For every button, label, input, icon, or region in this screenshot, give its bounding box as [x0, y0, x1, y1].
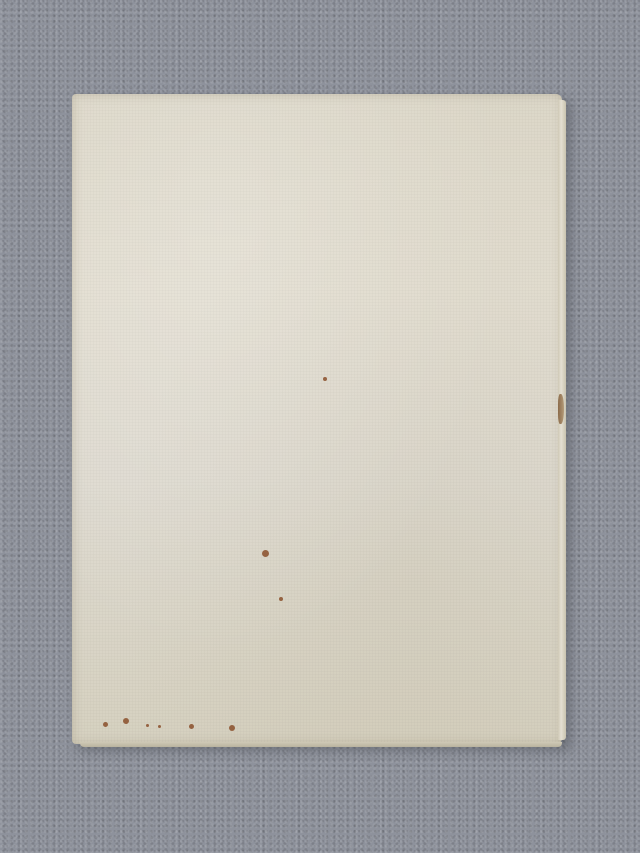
bottom-edge	[80, 742, 562, 747]
foxing-spot	[103, 722, 108, 727]
book-cover	[72, 94, 562, 744]
edge-tear	[558, 394, 564, 424]
foxing-spot	[146, 724, 149, 727]
foxing-spot	[279, 597, 283, 601]
foxing-spot	[123, 718, 129, 724]
foxing-spot	[262, 550, 269, 557]
foxing-spot	[323, 377, 327, 381]
foxing-spot	[158, 725, 161, 728]
foxing-spot	[229, 725, 235, 731]
foxing-spot	[189, 724, 194, 729]
